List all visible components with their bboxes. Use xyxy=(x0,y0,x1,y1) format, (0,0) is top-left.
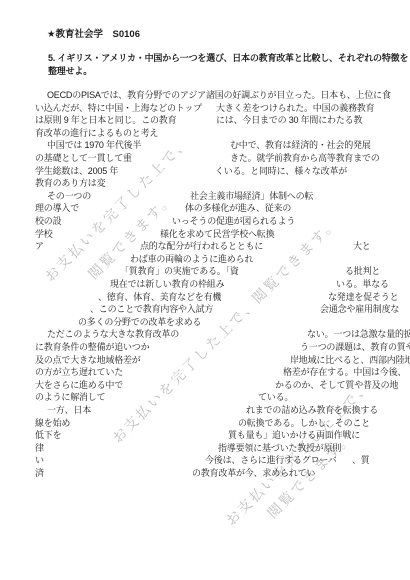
text-fragment: 大と xyxy=(353,241,371,252)
text-fragment: む中で、教育は経済的・社会的発展 xyxy=(230,140,371,151)
text-fragment: ア xyxy=(35,241,44,252)
text-fragment: ない。一つは急激な量的拡大 xyxy=(307,329,410,340)
text-fragment: 理の導入で xyxy=(35,203,79,214)
text-fragment: 大きく差をつけられた。中国の義務教育 xyxy=(216,103,374,114)
text-fragment: 点的な配分が行われるとともに xyxy=(140,241,263,252)
text-fragment: 中国では 1970 年代後半 xyxy=(47,140,141,151)
text-fragment: 体の多様化が進み、従来の xyxy=(185,203,291,214)
text-fragment: くいる。と同時に、様々な改革が xyxy=(215,166,347,177)
text-fragment: 学生総数は、2005 年 xyxy=(35,166,118,177)
text-fragment: 岸地域に比べると、西部内陸地域 xyxy=(290,355,410,366)
text-fragment: のように解消して xyxy=(35,392,105,403)
text-fragment: の基礎として一貫して重 xyxy=(35,153,132,164)
text-fragment: いる。単なる xyxy=(336,279,389,290)
text-fragment: 済 xyxy=(35,468,44,479)
text-fragment: に教育条件の整備が追いつか xyxy=(35,342,149,353)
text-fragment: る批判と xyxy=(345,266,380,277)
text-fragment: 格差が存在する。中国は今後、 xyxy=(283,367,406,378)
text-fragment: OECDのPISAでは、教育分野でのアジア諸国の好調ぶりが目立った。日本も、上位… xyxy=(47,90,391,101)
text-fragment: の転換である。しかし、そのこと xyxy=(238,418,370,429)
document-title: ★教育社会学 S0106 xyxy=(47,26,140,40)
text-fragment: の教育改革が今、求められてい xyxy=(192,468,315,479)
text-fragment: きた。就学前教育から高等教育までの xyxy=(230,153,380,164)
text-fragment: 一方、日本 xyxy=(47,405,91,416)
question-text-line-1: 5. イギリス・アメリカ・中国から一つを選び、日本の教育改革と比較し、それぞれの… xyxy=(48,51,408,64)
text-fragment: 今後は、さらに進行するグローバ xyxy=(205,455,337,466)
text-fragment: 低下を xyxy=(35,430,61,441)
text-fragment: い xyxy=(35,455,44,466)
text-fragment: 律 xyxy=(35,443,44,454)
text-fragment: 教育のあり方は変 xyxy=(35,178,105,189)
text-fragment: 及の点で大きな地域格差が xyxy=(35,355,141,366)
question-text-line-2: 整理せよ。 xyxy=(48,64,92,77)
text-fragment: い込んだが、特に中国・上海などのトップ xyxy=(35,103,202,114)
text-fragment: は原則 9 年と日本と同じ。この教育 xyxy=(35,115,176,126)
text-fragment: な発達を促そうと xyxy=(328,292,398,303)
text-fragment: 質も量も」追いかける両面作戦に xyxy=(228,430,360,441)
text-fragment: 育改革の進行によるものと考え xyxy=(35,128,158,139)
text-fragment: 様化を求めて民営学校へ転換 xyxy=(160,229,274,240)
text-fragment: 「質教育」の実施である。「資 xyxy=(120,266,239,277)
document-page: ★教育社会学 S0106 5. イギリス・アメリカ・中国から一つを選び、日本の教… xyxy=(0,0,410,580)
text-fragment: いっそうの促進が図られるよう xyxy=(172,216,295,227)
text-fragment: う一つの課題は、教育の質や普 xyxy=(300,342,410,353)
text-fragment: その一つの xyxy=(47,191,91,202)
text-fragment: の多くの分野での改革を求める xyxy=(78,317,201,328)
text-fragment: には、今日までの 30 年間にわたる教 xyxy=(216,115,362,126)
text-fragment: 学校 xyxy=(35,229,53,240)
text-fragment: 校の設 xyxy=(35,216,61,227)
text-fragment: 会通念や雇用制度な xyxy=(320,304,399,315)
text-fragment: わば車の両輪のように進められ xyxy=(130,254,253,265)
text-fragment: 現在では新しい教育の枠組み xyxy=(110,279,224,290)
text-fragment: 大をさらに進める中で xyxy=(35,380,123,391)
text-fragment: ている。 xyxy=(258,392,293,403)
text-fragment: 、このことで教育内容や入試方 xyxy=(90,304,213,315)
text-fragment: 、質 xyxy=(352,455,370,466)
text-fragment: かるのか、そして質や普及の地 xyxy=(275,380,398,391)
text-fragment: 線を始め xyxy=(35,418,70,429)
text-fragment: 指導要領に基づいた教授が原則 xyxy=(218,443,341,454)
text-fragment: の方が立ち遅れていた xyxy=(35,367,123,378)
text-fragment: 、徳育、体育、美育などを有機 xyxy=(98,292,221,303)
text-fragment: ただこのような大きな教育改革の xyxy=(47,329,179,340)
text-fragment: 社会主義市場経済」体制への転 xyxy=(190,191,313,202)
text-fragment: れまでの詰め込み教育を転換する xyxy=(246,405,378,416)
